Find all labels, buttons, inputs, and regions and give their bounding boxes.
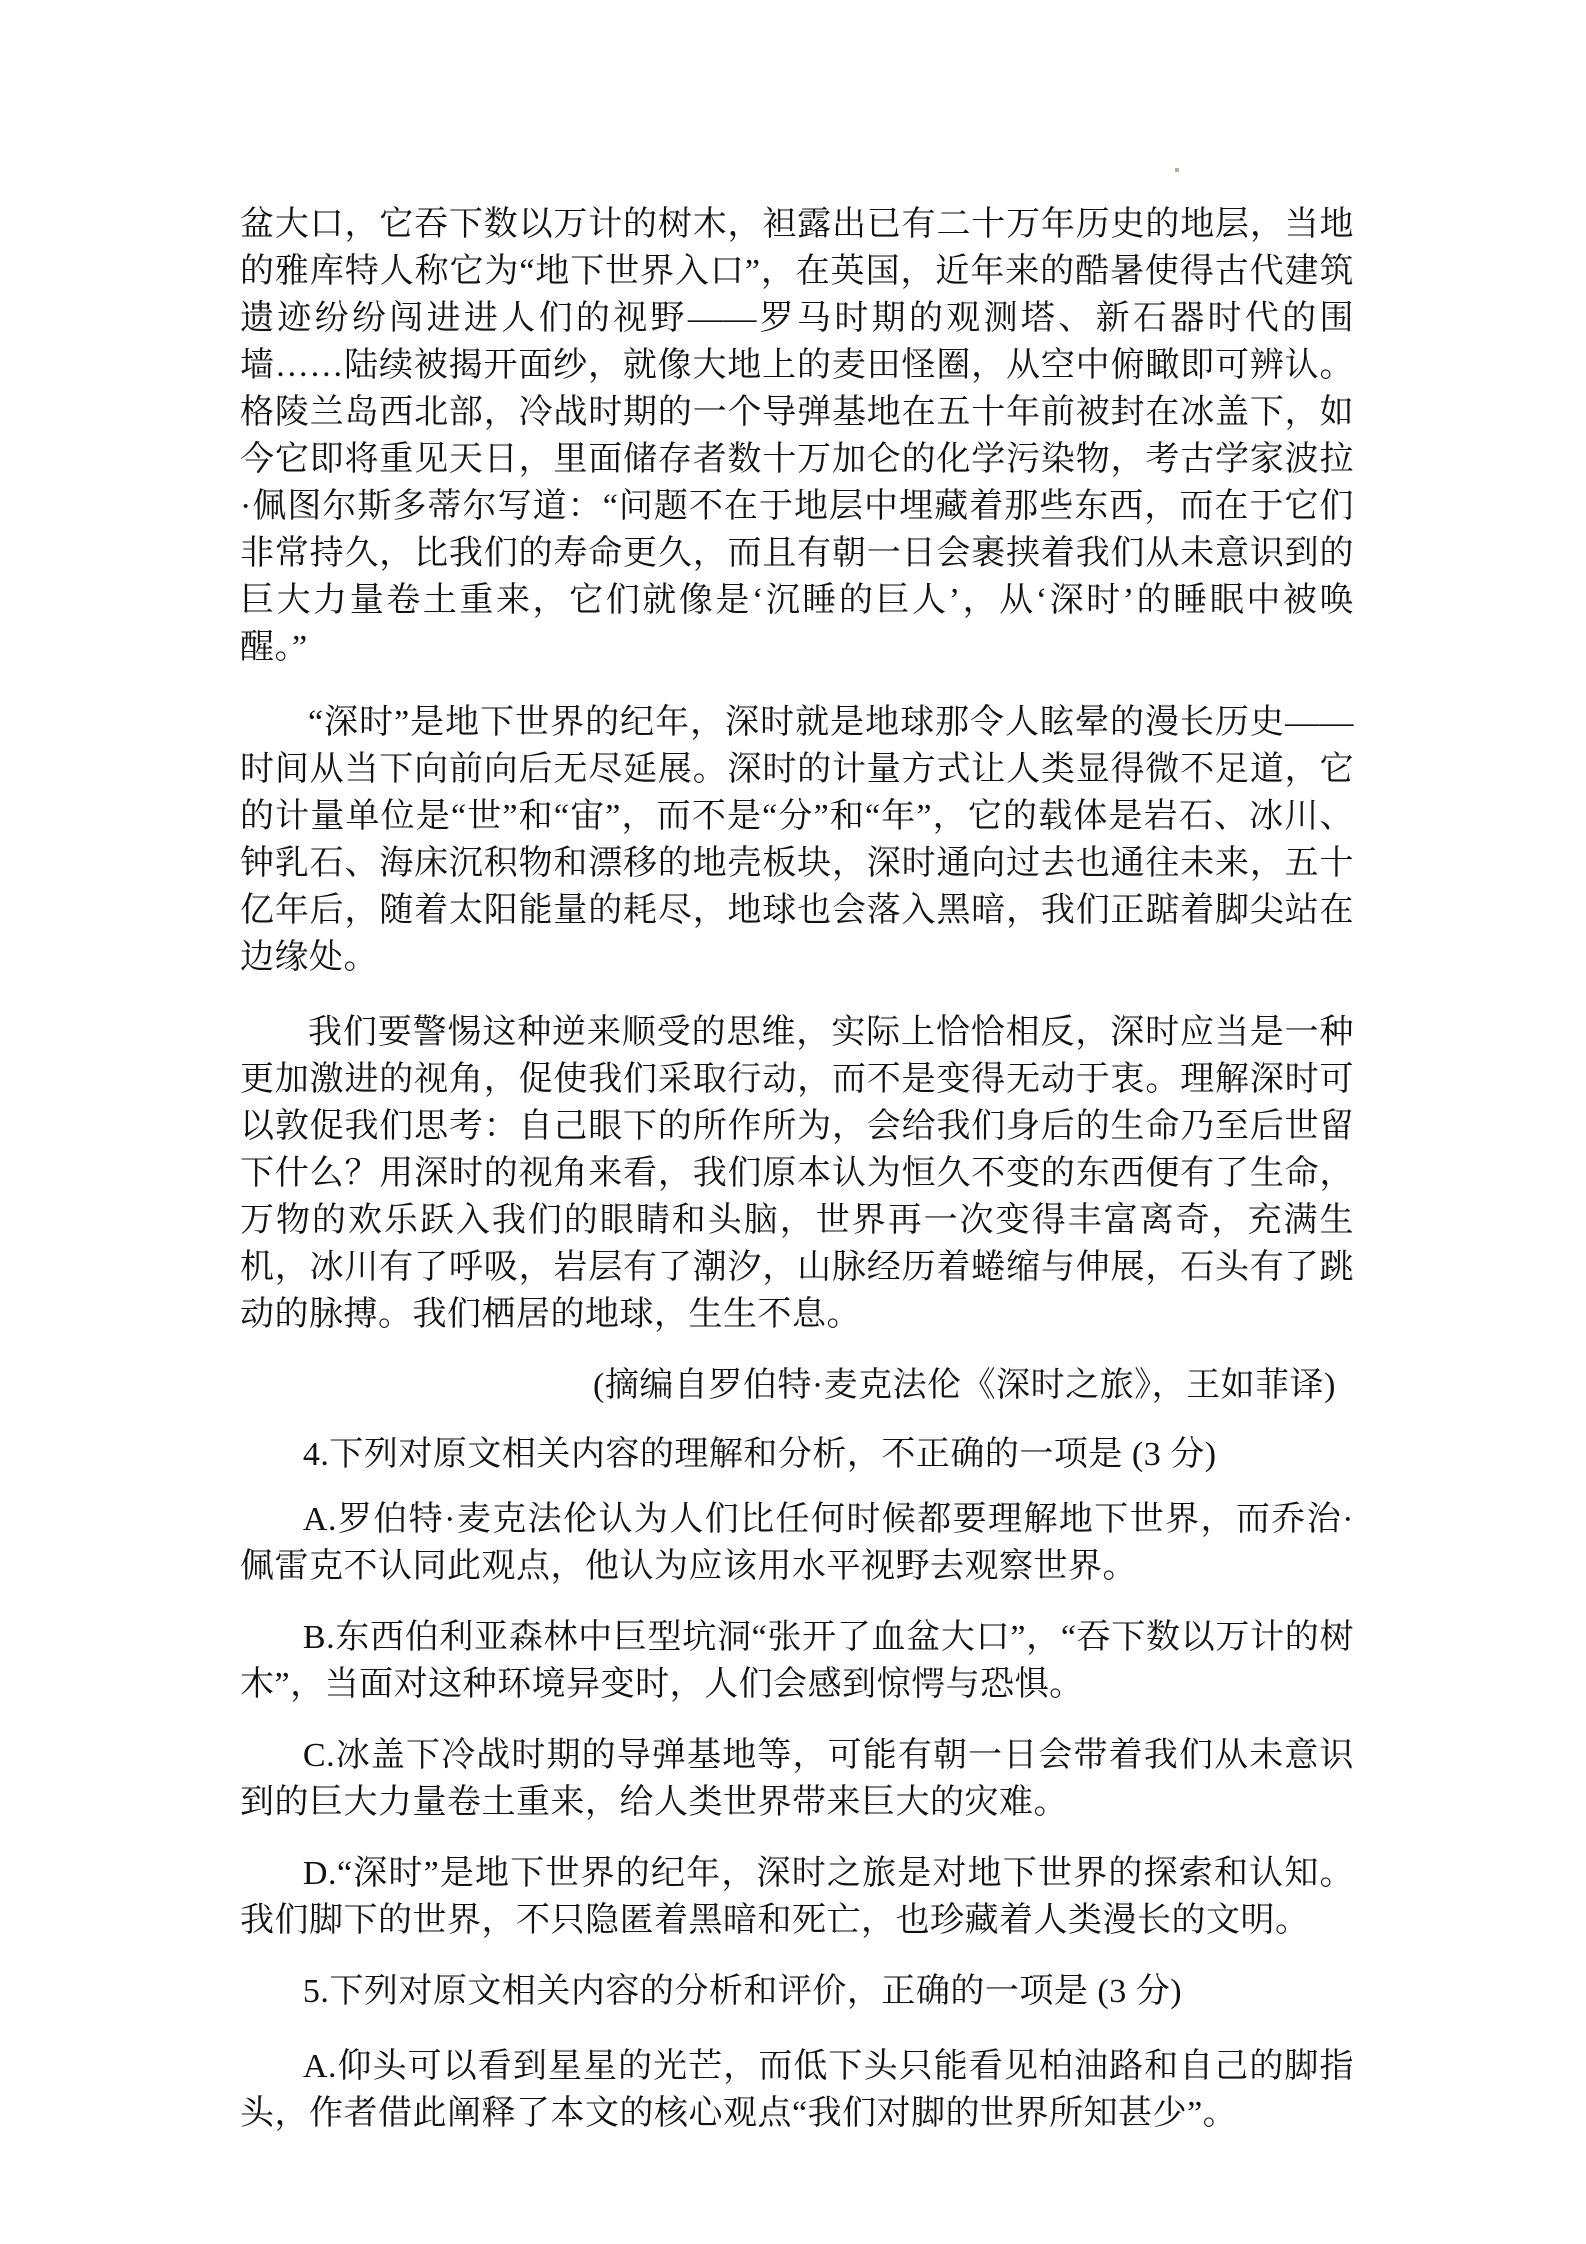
question-4-option-a: A.罗伯特·麦克法伦认为人们比任何时候都要理解地下世界，而乔治·佩雷克不认同此观… <box>240 1496 1354 1590</box>
question-5-stem: 5.下列对原文相关内容的分析和评价，正确的一项是 (3 分) <box>240 1968 1354 2015</box>
passage-paragraph-1: 盆大口，它吞下数以万计的树木，袒露出已有二十万年历史的地层，当地的雅库特人称它为… <box>240 201 1354 671</box>
passage-attribution: (摘编自罗伯特·麦克法伦《深时之旅》，王如菲译) <box>240 1362 1354 1409</box>
question-4-option-b: B.东西伯利亚森林中巨型坑洞“张开了血盆大口”，“吞下数以万计的树木”，当面对这… <box>240 1614 1354 1708</box>
question-4-stem: 4.下列对原文相关内容的理解和分析，不正确的一项是 (3 分) <box>240 1431 1354 1478</box>
exam-page: 盆大口，它吞下数以万计的树木，袒露出已有二十万年历史的地层，当地的雅库特人称它为… <box>0 0 1586 2244</box>
passage-paragraph-3: 我们要警惕这种逆来顺受的思维，实际上恰恰相反，深时应当是一种更加激进的视角，促使… <box>240 1009 1354 1338</box>
question-4-option-c: C.冰盖下冷战时期的导弹基地等，可能有朝一日会带着我们从未意识到的巨大力量卷土重… <box>240 1732 1354 1826</box>
scan-artifact-dot <box>1175 168 1179 172</box>
question-5-option-a: A.仰头可以看到星星的光芒，而低下头只能看见柏油路和自己的脚指头，作者借此阐释了… <box>240 2043 1354 2137</box>
question-4-option-d: D.“深时”是地下世界的纪年，深时之旅是对地下世界的探索和认知。我们脚下的世界，… <box>240 1850 1354 1944</box>
passage-paragraph-2: “深时”是地下世界的纪年，深时就是地球那令人眩晕的漫长历史——时间从当下向前向后… <box>240 699 1354 981</box>
reading-passage-section: 盆大口，它吞下数以万计的树木，袒露出已有二十万年历史的地层，当地的雅库特人称它为… <box>240 201 1354 2161</box>
